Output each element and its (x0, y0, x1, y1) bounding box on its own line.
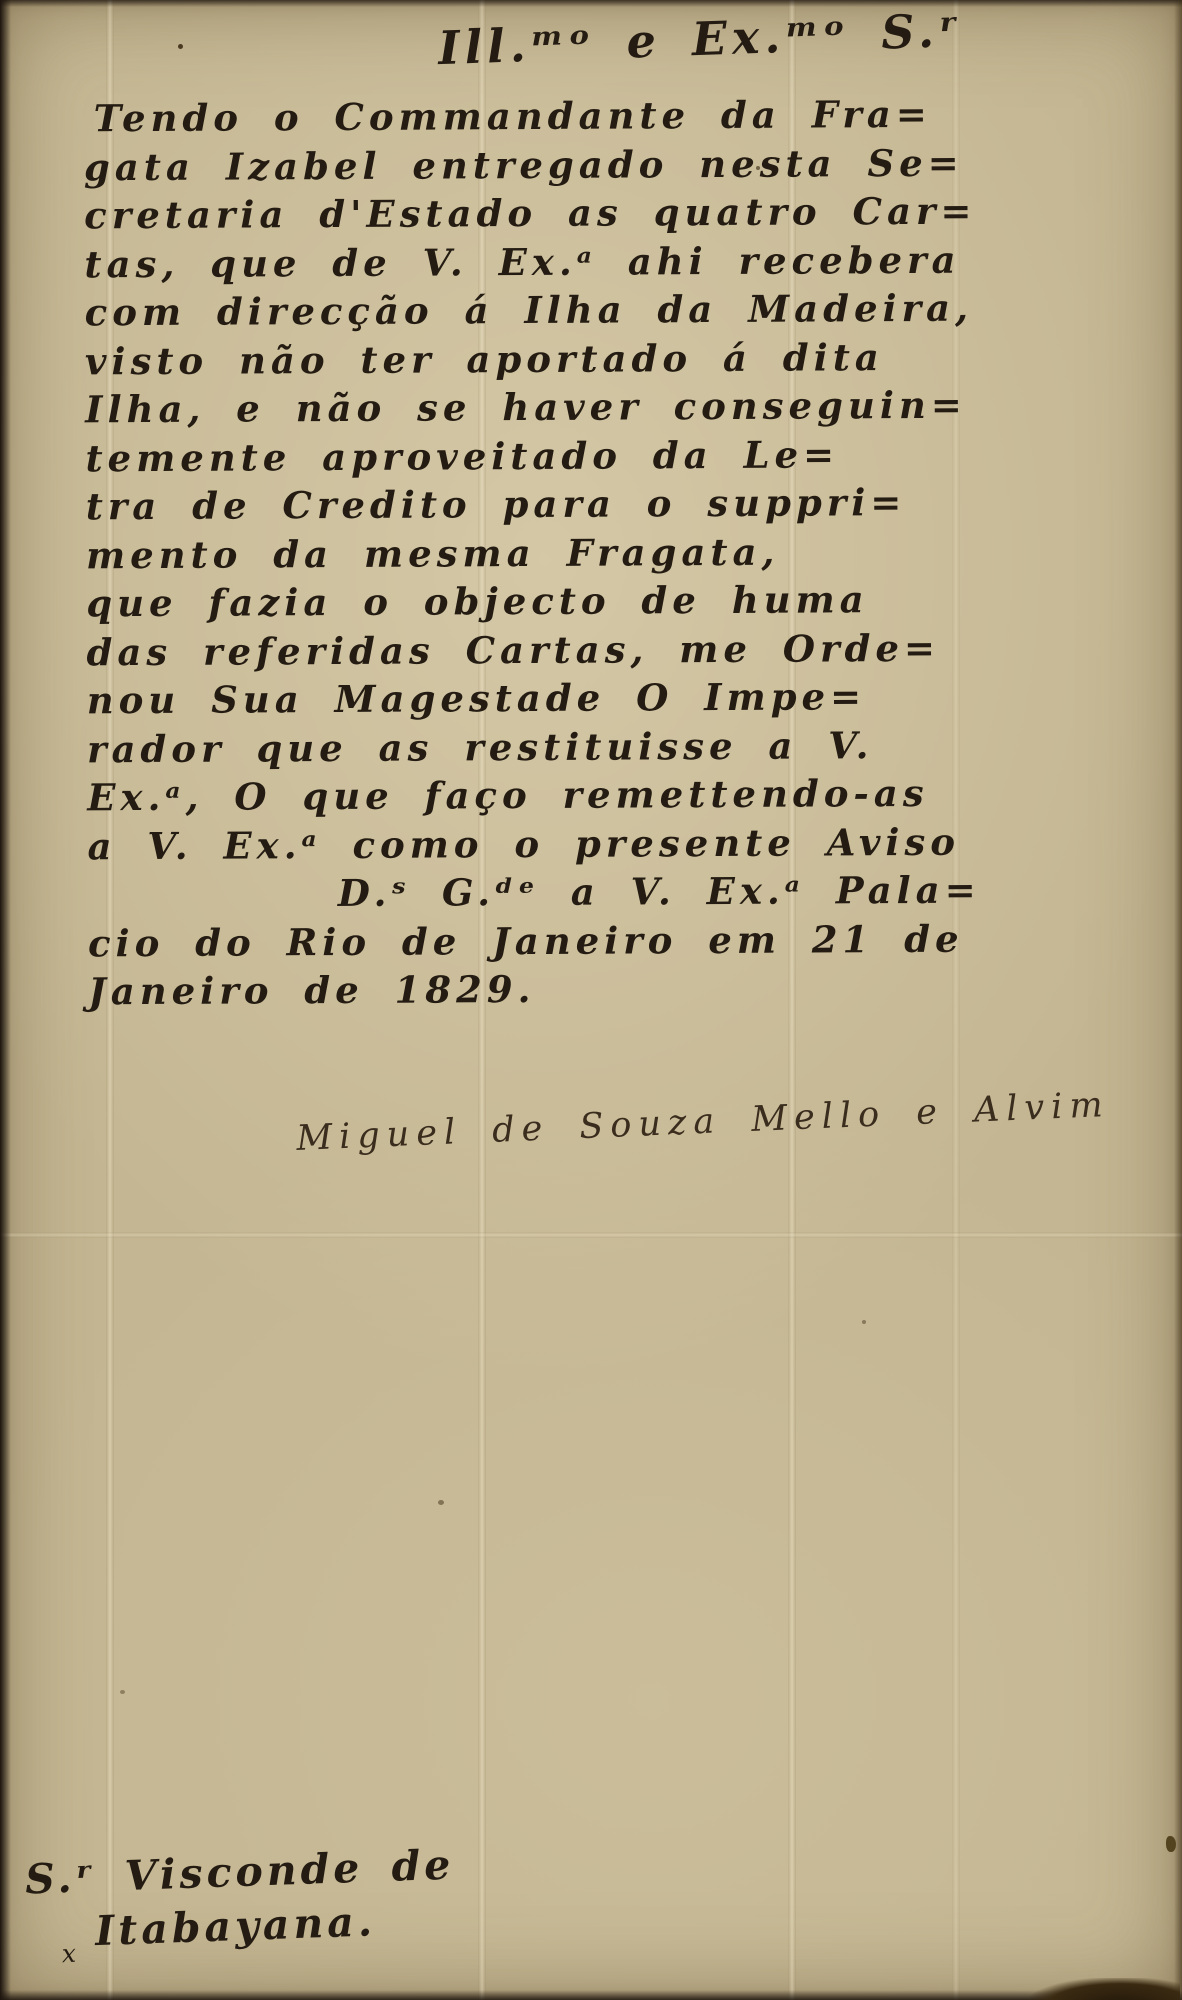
paper-speck (1166, 1836, 1176, 1852)
manuscript-line: visto não ter aportado á dita (85, 332, 978, 385)
manuscript-line: tas, que de V. Ex.ᵃ ahi recebera (84, 235, 977, 288)
page-edge-left (0, 0, 11, 2000)
manuscript-line: rador que as restituisse a V. (87, 720, 980, 773)
manuscript-line: D.ˢ G.ᵈᵉ a V. Ex.ᵃ Pala= (88, 866, 981, 919)
manuscript-line: Tendo o Commandante da Fra= (84, 90, 977, 143)
paper-speck (120, 1690, 125, 1694)
page-edge-bottom (0, 1990, 1182, 2000)
manuscript-line: com direcção á Ilha da Madeira, (85, 284, 978, 337)
paper-speck (438, 1500, 444, 1505)
manuscript-line: Janeiro de 1829. (88, 963, 981, 1016)
manuscript-line: tra de Credito para o suppri= (86, 478, 979, 531)
manuscript-line: mento da mesma Fragata, (86, 526, 979, 579)
manuscript-line: temente aproveitado da Le= (85, 429, 978, 482)
manuscript-line: cio do Rio de Janeiro em 21 de (88, 914, 981, 967)
manuscript-line: gata Izabel entregado nesta Se= (84, 138, 977, 191)
paper-fold-crease-horizontal (0, 1232, 1182, 1238)
addressee-block: S.ʳ Visconde de xItabayana. (24, 1841, 457, 1958)
paper-speck (178, 44, 183, 49)
manuscript-line: nou Sua Magestade O Impe= (87, 672, 980, 725)
manuscript-line: a V. Ex.ᵃ como o presente Aviso (87, 817, 980, 870)
manuscript-line: Ex.ᵃ, O que faço remettendo-as (87, 769, 980, 822)
salutation-line: Ill.ᵐᵒ e Ex.ᵐᵒ S.ʳ (437, 3, 964, 75)
page-edge-top (0, 0, 1182, 7)
manuscript-line: Ilha, e não se haver conseguin= (85, 381, 978, 434)
manuscript-line: cretaria d'Estado as quatro Car= (84, 187, 977, 240)
manuscript-line: das referidas Cartas, me Orde= (86, 623, 979, 676)
manuscript-page: Ill.ᵐᵒ e Ex.ᵐᵒ S.ʳ Tendo o Commandante d… (0, 0, 1182, 2000)
flourish-mark: x (61, 1939, 80, 1969)
manuscript-line: que fazia o objecto de huma (86, 575, 979, 628)
letter-body: Tendo o Commandante da Fra=gata Izabel e… (84, 90, 982, 1016)
signature: Miguel de Souza Mello e Alvim (296, 1085, 1111, 1159)
addressee-name: Itabayana. (94, 1897, 376, 1955)
addressee-line: xItabayana. (60, 1895, 457, 1957)
page-edge-right (1174, 0, 1182, 2000)
paper-speck (862, 1320, 866, 1324)
addressee-line: S.ʳ Visconde de (24, 1841, 455, 1904)
page-corner-shadow (1030, 1978, 1180, 2000)
